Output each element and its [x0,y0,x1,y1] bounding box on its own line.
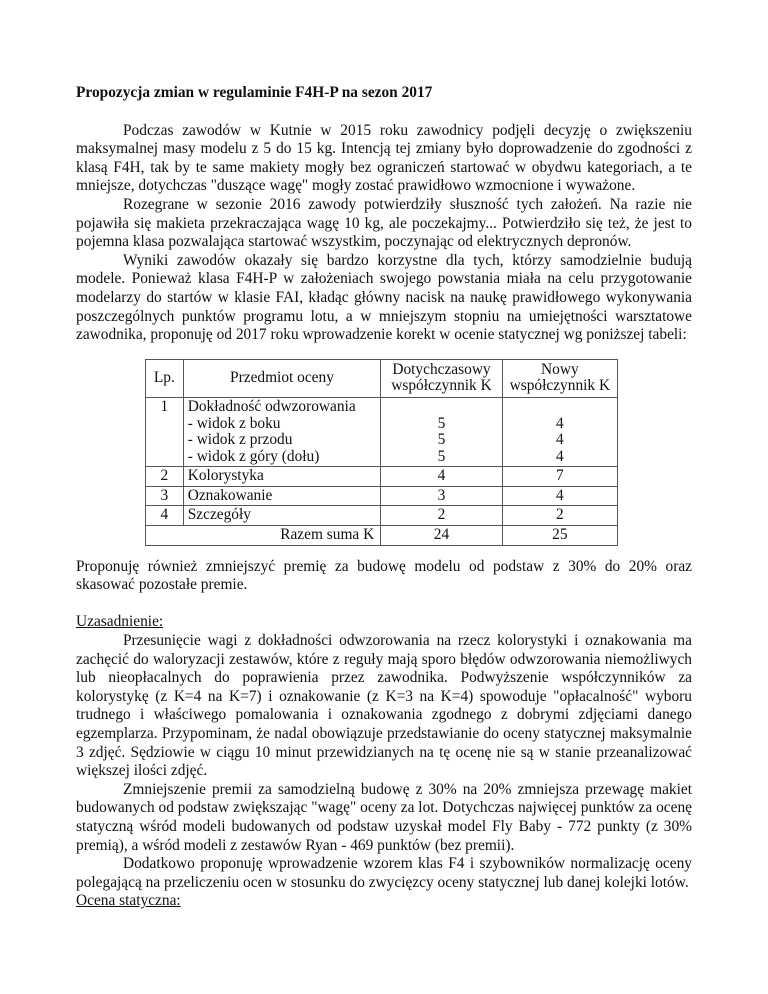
table-row: 3 Oznakowanie 3 4 [146,486,618,506]
table-row: 1 Dokładność odwzorowania - widok z boku… [146,397,618,466]
intro-paragraph-3: Wyniki zawodów okazały się bardzo korzys… [76,252,692,345]
intro-paragraph-1: Podczas zawodów w Kutnie w 2015 roku zaw… [76,122,692,196]
group-label: Dokładność odwzorowania [188,399,377,416]
group-old-2: 5 [385,432,497,449]
header-new-coefficient: Nowy współczynnik K [502,359,617,397]
cell-subject: Dokładność odwzorowania - widok z boku -… [183,397,381,466]
cell-old: 4 [381,467,502,487]
group-new-1: 4 [507,416,613,433]
header-old-line-2: współczynnik K [385,378,497,395]
group-sub-3: - widok z góry (dołu) [188,449,377,466]
justification-heading: Uzasadnienie: [76,613,692,632]
header-old-line-1: Dotychczasowy [385,362,497,379]
cell-lp: 3 [146,486,184,506]
cell-old: 2 [381,506,502,526]
static-assessment-heading: Ocena statyczna: [76,892,692,911]
header-old-coefficient: Dotychczasowy współczynnik K [381,359,502,397]
group-sub-2: - widok z przodu [188,432,377,449]
document-page: Propozycja zmian w regulaminie F4H-P na … [76,84,692,911]
cell-new: 7 [502,467,617,487]
header-new-line-1: Nowy [507,362,613,379]
group-new-2: 4 [507,432,613,449]
cell-subject: Oznakowanie [183,486,381,506]
group-new-3: 4 [507,449,613,466]
cell-lp: 2 [146,467,184,487]
justification-paragraph-3: Dodatkowo proponuję wprowadzenie wzorem … [76,855,692,892]
coefficient-table: Lp. Przedmiot oceny Dotychczasowy współc… [145,359,618,546]
cell-subject: Kolorystyka [183,467,381,487]
cell-new: 4 [502,486,617,506]
total-label: Razem suma K [146,526,381,546]
table-header-row: Lp. Przedmiot oceny Dotychczasowy współc… [146,359,618,397]
justification-paragraph-2: Zmniejszenie premii za samodzielną budow… [76,781,692,855]
cell-subject: Szczegóły [183,506,381,526]
document-title: Propozycja zmian w regulaminie F4H-P na … [76,84,692,103]
table-row: 2 Kolorystyka 4 7 [146,467,618,487]
cell-lp: 1 [146,397,184,466]
group-sub-1: - widok z boku [188,416,377,433]
total-new: 25 [502,526,617,546]
group-old-3: 5 [385,449,497,466]
cell-old: 5 5 5 [381,397,502,466]
cell-new: 2 [502,506,617,526]
table-total-row: Razem suma K 24 25 [146,526,618,546]
cell-lp: 4 [146,506,184,526]
cell-old: 3 [381,486,502,506]
total-old: 24 [381,526,502,546]
header-new-line-2: współczynnik K [507,378,613,395]
cell-new: 4 4 4 [502,397,617,466]
after-table-paragraph: Proponuję również zmniejszyć premię za b… [76,558,692,595]
justification-paragraph-1: Przesunięcie wagi z dokładności odwzorow… [76,632,692,781]
header-subject: Przedmiot oceny [183,359,381,397]
group-old-1: 5 [385,416,497,433]
table-row: 4 Szczegóły 2 2 [146,506,618,526]
header-lp: Lp. [146,359,184,397]
intro-paragraph-2: Rozegrane w sezonie 2016 zawody potwierd… [76,196,692,252]
